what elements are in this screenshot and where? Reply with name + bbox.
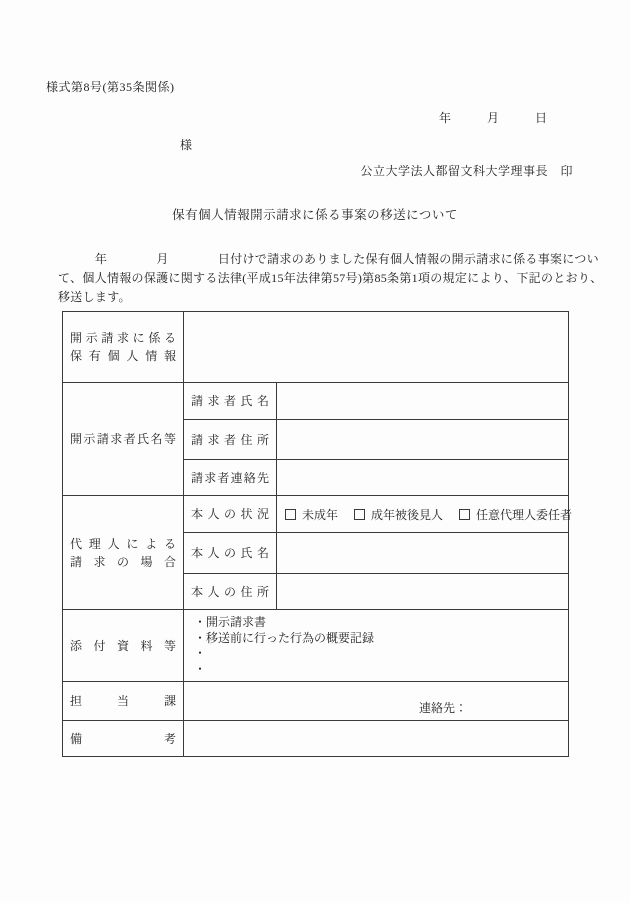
status-option-voluntary-agent: 任意代理人委任者: [459, 508, 572, 522]
department-value: 連絡先：: [184, 682, 569, 721]
principal-address-label: 本人の住所: [184, 574, 277, 610]
form-number: 様式第8号(第35条関係): [46, 79, 630, 96]
body-paragraph: 年 月 日付けで請求のありました保有個人情報の開示請求に係る事案につい て、個人…: [58, 250, 582, 307]
remarks-label: 備考: [63, 721, 184, 757]
principal-name-label: 本人の氏名: [184, 533, 277, 574]
attachments-label: 添付資料等: [63, 610, 184, 682]
row-department: 担当課 連絡先：: [63, 682, 569, 721]
document-title: 保有個人情報開示請求に係る事案の移送について: [0, 206, 630, 224]
requester-contact-value: [277, 460, 569, 496]
requester-name-label: 請求者氏名: [184, 383, 277, 420]
status-option-minor-label: 未成年: [302, 508, 338, 522]
proxy-section-label: 代理人による 請求の場合: [63, 496, 184, 610]
status-option-minor: 未成年: [285, 508, 338, 522]
row-principal-status: 代理人による 請求の場合 本人の状況 未成年 成年被後見人 任意代理人委任者: [63, 496, 569, 533]
principal-status-options: 未成年 成年被後見人 任意代理人委任者: [277, 496, 569, 533]
attachment-item: ・開示請求書: [194, 615, 561, 631]
row-remarks: 備考: [63, 721, 569, 757]
date-line: 年 月 日: [0, 110, 630, 127]
requester-address-value: [277, 420, 569, 460]
principal-name-value: [277, 533, 569, 574]
checkbox-adult-ward-icon[interactable]: [354, 509, 365, 520]
requester-name-value: [277, 383, 569, 420]
attachments-list: ・開示請求書 ・移送前に行った行為の概要記録 ・ ・: [184, 610, 569, 682]
document-page: 様式第8号(第35条関係) 年 月 日 様 公立大学法人都留文科大学理事長 印 …: [0, 0, 630, 903]
remarks-value: [184, 721, 569, 757]
row-attachments: 添付資料等 ・開示請求書 ・移送前に行った行為の概要記録 ・ ・: [63, 610, 569, 682]
checkbox-voluntary-agent-icon[interactable]: [459, 509, 470, 520]
row-requester-name: 開示請求者氏名等 請求者氏名: [63, 383, 569, 420]
attachment-item: ・: [194, 646, 561, 662]
row-requested-info: 開示請求に係る 保有個人情報: [63, 312, 569, 383]
requested-info-value: [184, 312, 569, 383]
attachment-item: ・: [194, 662, 561, 678]
department-contact-label: 連絡先：: [419, 699, 467, 718]
requester-contact-label: 請求者連絡先: [184, 460, 277, 496]
requester-address-label: 請求者住所: [184, 420, 277, 460]
status-option-voluntary-agent-label: 任意代理人委任者: [476, 508, 572, 522]
department-label: 担当課: [63, 682, 184, 721]
status-option-adult-ward: 成年被後見人: [354, 508, 443, 522]
checkbox-minor-icon[interactable]: [285, 509, 296, 520]
form-table: 開示請求に係る 保有個人情報 開示請求者氏名等 請求者氏名 請求者住所 請求者連…: [62, 311, 569, 757]
requested-info-label: 開示請求に係る 保有個人情報: [63, 312, 184, 383]
status-option-adult-ward-label: 成年被後見人: [371, 508, 443, 522]
addressee-suffix: 様: [180, 137, 630, 154]
attachment-item: ・移送前に行った行為の概要記録: [194, 631, 561, 647]
issuer-line: 公立大学法人都留文科大学理事長 印: [0, 163, 630, 180]
principal-address-value: [277, 574, 569, 610]
requester-section-label: 開示請求者氏名等: [63, 383, 184, 496]
principal-status-label: 本人の状況: [184, 496, 277, 533]
